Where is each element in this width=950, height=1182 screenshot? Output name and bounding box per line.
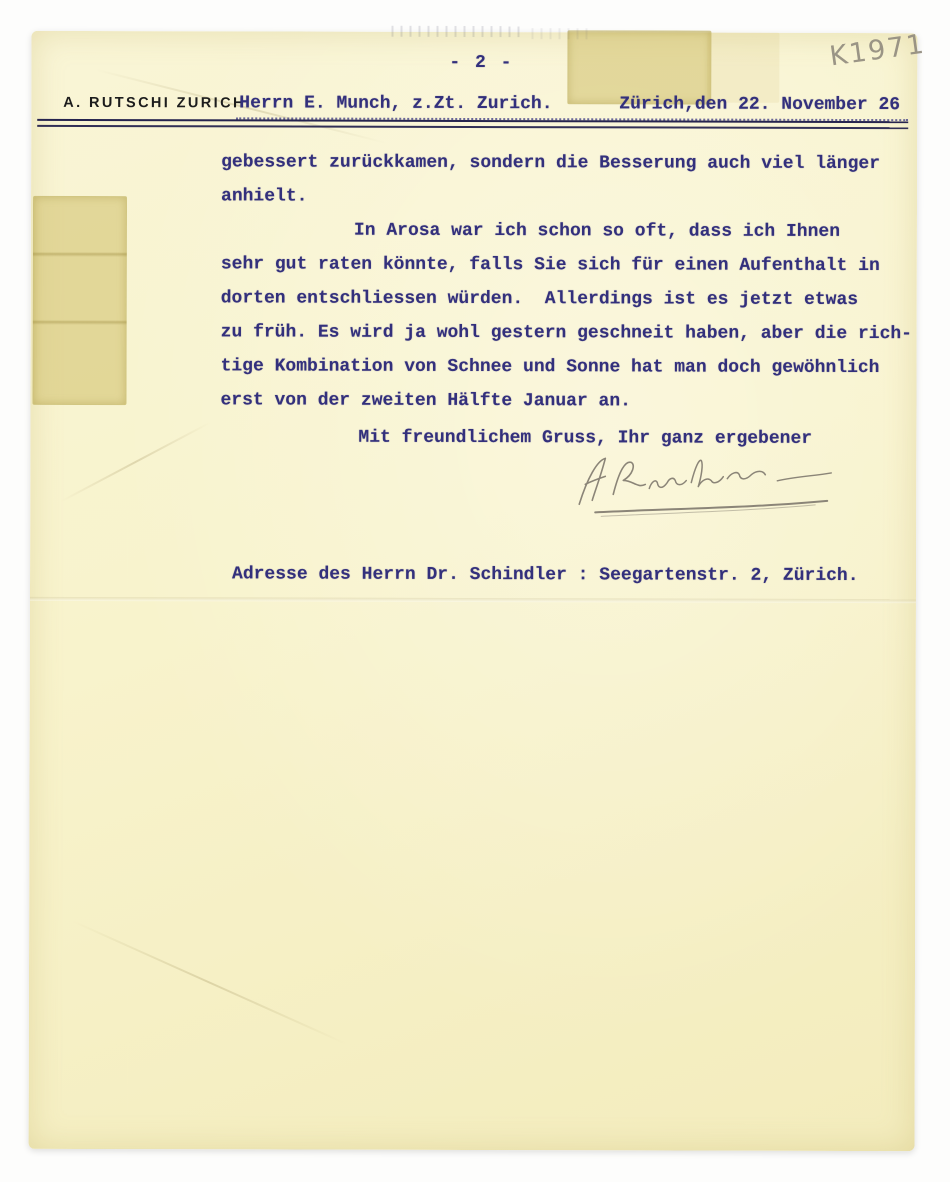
bleedthrough-marks-2 [531, 28, 593, 39]
fold-crease [30, 597, 916, 603]
signature [565, 444, 855, 530]
page-number: - 2 - [426, 50, 536, 76]
body-line: gebessert zurückkamen, sondern die Besse… [221, 149, 880, 177]
letter-page: - 2 - K1971 A. RUTSCHI ZURICH Herrn E. M… [29, 31, 918, 1151]
catalog-code: K1971 [828, 29, 928, 73]
body-line: tige Kombination von Schnee und Sonne ha… [221, 353, 880, 381]
crease-bottom-left [72, 920, 347, 1045]
crease-mid-left [60, 422, 211, 503]
body-line: zu früh. Es wird ja wohl gestern geschne… [221, 319, 912, 347]
body-line: sehr gut raten könnte, falls Sie sich fü… [221, 251, 880, 279]
body-line: erst von der zweiten Hälfte Januar an. [220, 387, 631, 414]
signature-strokes [565, 444, 855, 530]
scan-background: { "annotations": { "catalog_code": "K197… [0, 0, 950, 1182]
body-line: anhielt. [221, 183, 307, 209]
postscript-line: Adresse des Herrn Dr. Schindler : Seegar… [232, 561, 859, 589]
bleedthrough-marks [391, 26, 521, 37]
date-line: Zürich,den 22. November 26 [619, 91, 900, 118]
addressee-line: Herrn E. Munch, z.Zt. Zurich. [239, 90, 552, 117]
letterhead-text: A. RUTSCHI ZURICH [63, 90, 246, 116]
tape-left [32, 196, 127, 405]
body-line: In Arosa war ich schon so oft, dass ich … [354, 218, 840, 245]
header-rule-bottom [37, 125, 908, 129]
body-line: dorten entschliessen würden. Allerdings … [221, 285, 858, 313]
